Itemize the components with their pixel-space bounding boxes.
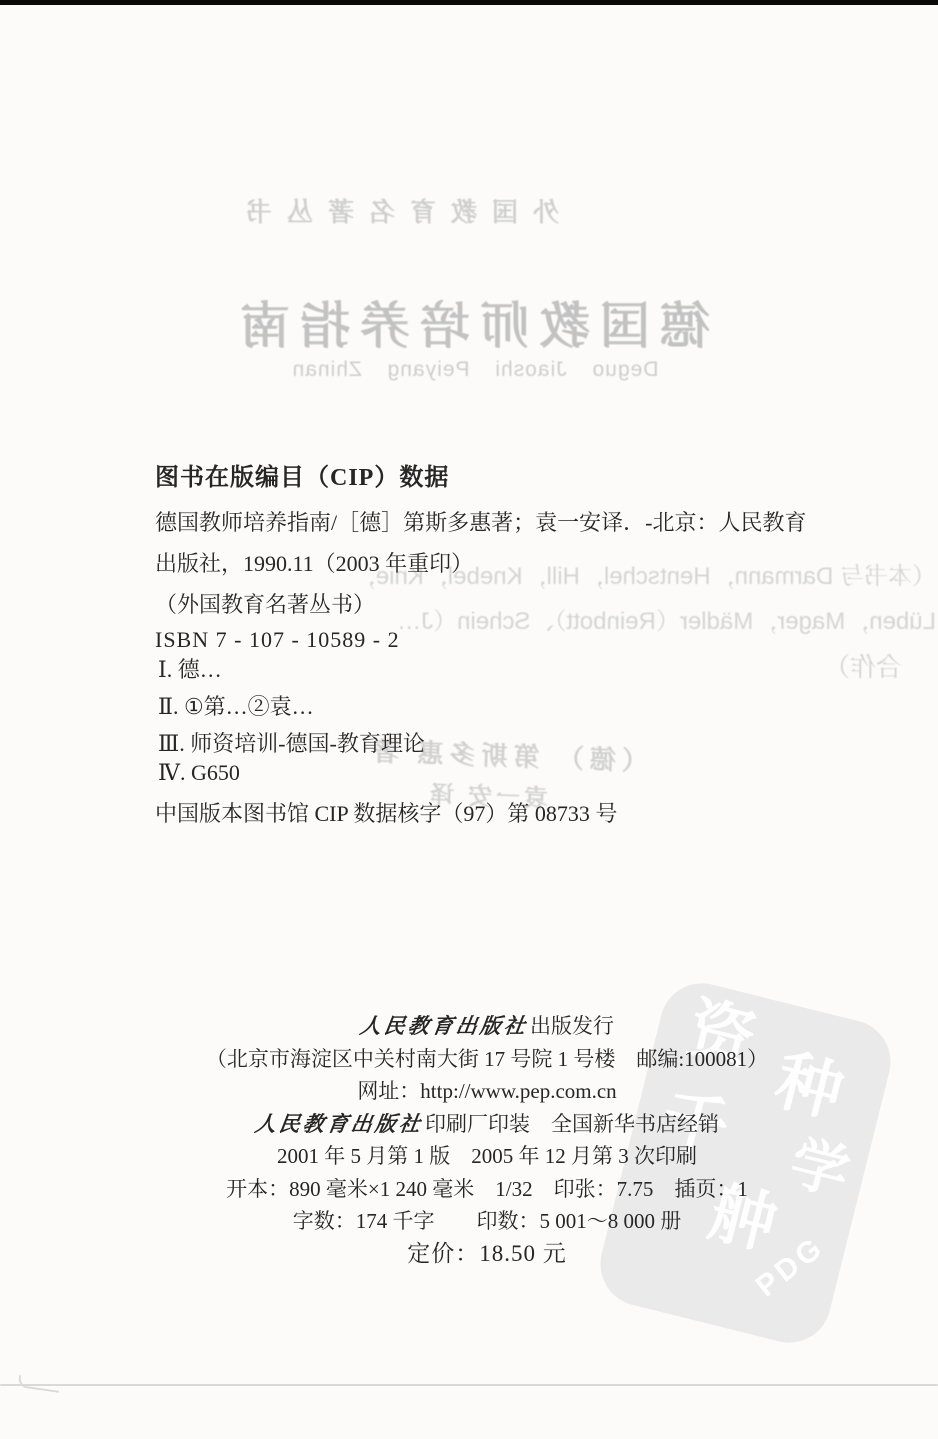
scanned-book-copyright-page: 外国教育名著丛书 德国教师培养指南 Deguo Jiaoshi Peiyang … <box>0 0 938 1439</box>
cip-catalog-item-4: Ⅳ. G650 <box>158 760 240 786</box>
edition-printing-line: 2001 年 5 月第 1 版 2005 年 12 月第 3 次印刷 <box>36 1140 938 1173</box>
cip-heading: 图书在版编目（CIP）数据 <box>155 457 449 492</box>
wordcount-printrun-line: 字数：174 千字 印数：5 001～8 000 册 <box>36 1205 938 1238</box>
publisher-address-line: （北京市海淀区中关村南大街 17 号院 1 号楼 邮编:100081） <box>36 1043 938 1076</box>
cip-description-line1: 德国教师培养指南/［德］第斯多惠著；袁一安译．-北京：人民教育 <box>155 506 806 537</box>
bleedthrough-main-title: 德国教师培养指南 <box>222 286 718 358</box>
printer-suffix: 印刷厂印装 全国新华书店经销 <box>425 1112 719 1136</box>
cip-description-line2: 出版社，1990.11（2003 年重印） <box>155 547 473 578</box>
cip-record-number: 中国版本图书馆 CIP 数据核字（97）第 08733 号 <box>155 797 617 828</box>
format-line: 开本：890 毫米×1 240 毫米 1/32 印张：7.75 插页：1 <box>36 1173 938 1206</box>
website-line: 网址：http://www.pep.com.cn <box>36 1075 938 1108</box>
scan-edge-top <box>0 0 938 5</box>
publisher-logotype: 人民教育出版社 <box>253 1108 426 1141</box>
bleedthrough-collaborators-line3: 合作） <box>782 647 902 684</box>
colophon-block: 人民教育出版社出版发行 （北京市海淀区中关村南大街 17 号院 1 号楼 邮编:… <box>36 1010 938 1270</box>
cip-series-note: （外国教育名著丛书） <box>155 588 375 619</box>
publisher-logotype: 人民教育出版社 <box>358 1010 531 1043</box>
isbn-line: ISBN 7 - 107 - 10589 - 2 <box>155 627 400 653</box>
bleedthrough-pinyin: Deguo Jiaoshi Peiyang Zhinan <box>225 358 725 382</box>
cip-catalog-item-3: Ⅲ. 师资培训-德国-教育理论 <box>158 727 425 758</box>
bleedthrough-series-title: 外国教育名著丛书 <box>215 192 575 229</box>
bleedthrough-collaborators-line1: （本书与 Darmann，Hentschel，Hill，Knebel，Knie， <box>408 556 936 591</box>
page-edge-shadow <box>0 1384 938 1386</box>
price-line: 定价：18.50 元 <box>36 1238 938 1271</box>
publisher-suffix: 出版发行 <box>530 1014 614 1038</box>
cip-catalog-item-1: Ⅰ. 德… <box>158 653 222 684</box>
cip-catalog-item-2: Ⅱ. ①第…②袁… <box>158 690 314 721</box>
printer-distribution-line: 人民教育出版社印刷厂印装 全国新华书店经销 <box>36 1108 938 1141</box>
page-corner-shadow <box>17 1375 60 1393</box>
publisher-line: 人民教育出版社出版发行 <box>36 1010 938 1043</box>
